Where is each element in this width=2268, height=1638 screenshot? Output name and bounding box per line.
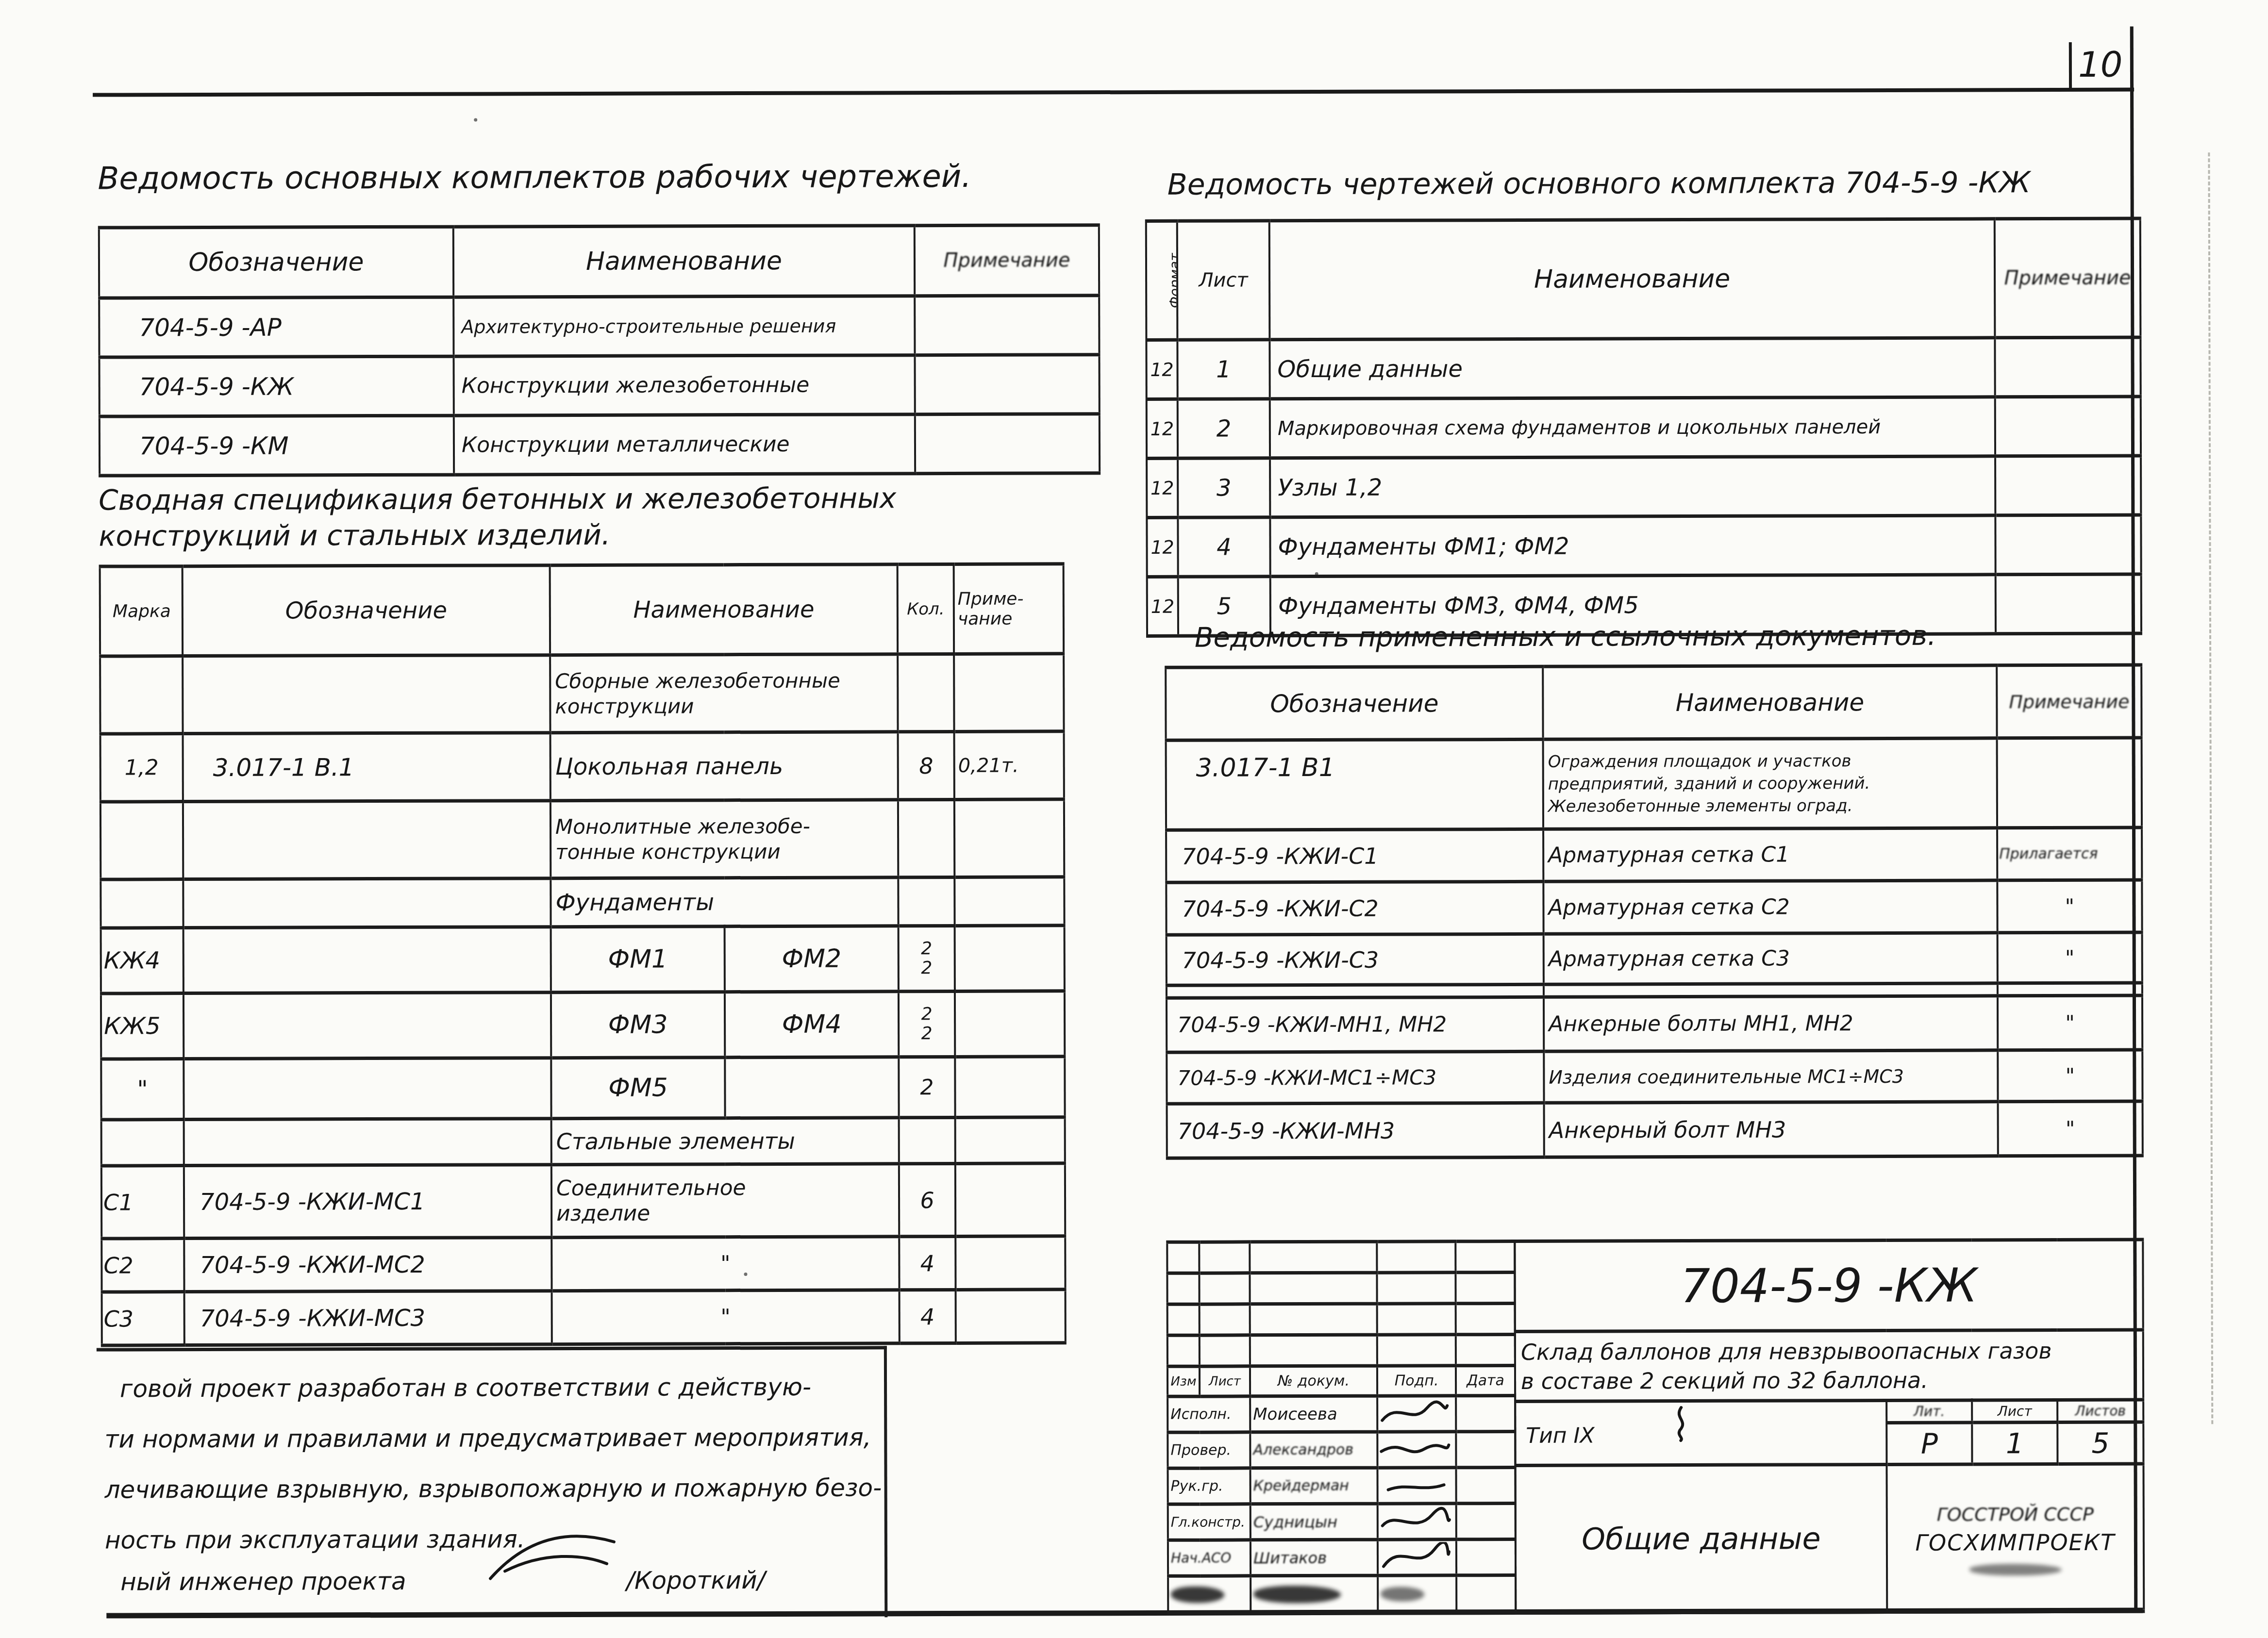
col-header-sheet: Лист: [1177, 221, 1270, 340]
stamp-signature-cell: [1378, 1468, 1456, 1504]
stamp-signature-cell: [1377, 1396, 1456, 1432]
table-row: Склад баллонов для невзрывоопасных газов…: [1515, 1330, 2143, 1401]
cell-name: Ограждения площадок и участков предприят…: [1543, 738, 1997, 829]
table-row: Изм Лист № докум. Подп. Дата: [1167, 1365, 1515, 1396]
table-row: Стальные элементы: [101, 1117, 1065, 1166]
cell-name: Узлы 1,2: [1270, 456, 1995, 517]
table-row: КЖ5 ФМ3 ФМ4 2 2: [101, 991, 1065, 1059]
cell-name: Конструкции железобетонные: [453, 355, 915, 415]
stamp-role: Гл.констр.: [1168, 1504, 1251, 1540]
col-header-format: Формат: [1146, 221, 1178, 340]
table-row: 12 3 Узлы 1,2: [1147, 456, 2141, 517]
cell-name: ": [551, 1237, 899, 1291]
cell-designation: 704-5-9 -АР: [99, 297, 453, 357]
table-row: С1 704-5-9 -КЖИ-МС1 Соединительное издел…: [101, 1163, 1065, 1239]
table-row: 704-5-9 -КЖ Конструкции железобетонные: [100, 355, 1100, 416]
note-box: говой проект разработан в соответствии с…: [97, 1346, 887, 1619]
cell-note: ": [1997, 880, 2142, 933]
stamp-project-desc: Склад баллонов для невзрывоопасных газов…: [1515, 1330, 2143, 1401]
table-row: Исполн. Моисеева: [1167, 1395, 1515, 1432]
cell-note: [1997, 738, 2142, 828]
col-header-note: Примечание: [1995, 218, 2141, 338]
col-header-name: Наименование: [1543, 665, 1997, 739]
cell-designation: 704-5-9 -КЖИ-МН1, МН2: [1167, 997, 1544, 1052]
cell-qty: 8: [898, 731, 954, 799]
cell-qty: 4: [900, 1290, 956, 1343]
col-header-mark: Марка: [100, 566, 183, 656]
stamp-main: 704-5-9 -КЖ Склад баллонов для невзрывоо…: [1514, 1238, 2145, 1615]
cell-name: Арматурная сетка С2: [1543, 880, 1997, 934]
signature-icon: [1379, 1506, 1451, 1535]
org-city-smudge: [1969, 1564, 2062, 1575]
table-row: Марка Обозначение Наименование Кол. Прим…: [100, 564, 1064, 656]
cell-note: [1995, 337, 2140, 397]
stamp-sheet-value: 1: [1972, 1423, 2057, 1464]
cell-designation: 704-5-9 -КЖИ-МС1: [184, 1165, 551, 1239]
cell-designation: 704-5-9 -КЖИ-МС3: [184, 1291, 552, 1345]
cell-name: Анкерные болты МН1, МН2: [1544, 996, 1998, 1051]
cell-group-title: Сборные железобетонные конструкции: [550, 654, 898, 733]
note-line: говой проект разработан в соответствии с…: [120, 1373, 811, 1403]
col-header-data: Дата: [1456, 1365, 1515, 1395]
cell-note: [915, 355, 1099, 414]
cell-sheet: 4: [1178, 517, 1270, 577]
cell-note: ": [1998, 995, 2142, 1050]
cell-sheet: 3: [1178, 458, 1270, 517]
title-sheet-list: Ведомость чертежей основного комплекта 7…: [1167, 165, 2030, 202]
col-header-list: Лист: [1200, 1366, 1250, 1396]
cell-name: Архитектурно-строительные решения: [453, 296, 915, 356]
table-row: Обозначение Наименование Примечание: [1166, 665, 2141, 740]
table-row: Монолитные железобе- тонные конструкции: [100, 799, 1064, 879]
title-ref-docs: Ведомость примененных и ссылочных докуме…: [1195, 620, 1936, 654]
stamp-lit-value: Р: [1886, 1423, 1972, 1464]
col-header-designation: Обозначение: [183, 565, 550, 656]
title-main-sets: Ведомость основных комплектов рабочих че…: [98, 159, 971, 197]
cell-designation: 704-5-9 -КЖИ-С1: [1166, 829, 1543, 882]
table-row: 704-5-9 -КЖИ-С1 Арматурная сетка С1 Прил…: [1166, 827, 2142, 882]
signature-icon: [1379, 1470, 1451, 1499]
org-line2: ГОСХИМПРОЕКТ: [1891, 1527, 2140, 1557]
table-row: Провер. Александров: [1167, 1431, 1515, 1468]
cell-name: Анкерный болт МН3: [1544, 1102, 1998, 1157]
note-line: лечивающие взрывную, взрывопожарную и по…: [105, 1473, 882, 1504]
stamp-signature-cell: [1378, 1575, 1456, 1612]
col-header-name: Наименование: [550, 564, 898, 655]
table-row: Формат Лист Наименование Примечание: [1146, 218, 2141, 340]
cell-group-title: Стальные элементы: [551, 1118, 899, 1165]
page-number: 10: [2078, 44, 2123, 85]
cell-designation: 704-5-9 -КЖИ-С2: [1166, 881, 1543, 935]
title-spec-line1: Сводная спецификация бетонных и железобе…: [99, 480, 896, 518]
cell-foundation-a: ФМ1: [551, 927, 725, 993]
cell-format: 12: [1147, 458, 1178, 517]
scan-content: 10 Ведомость основных комплектов рабочих…: [0, 0, 2268, 1638]
cell-note: [915, 414, 1100, 474]
cell-foundation-b: ФМ2: [725, 926, 899, 992]
cell-mark: С3: [102, 1292, 184, 1345]
cell-qty: 2 2: [899, 991, 955, 1057]
table-row: Тип IX Лит. Лист Листов: [1515, 1400, 2143, 1423]
cell-name: Арматурная сетка С3: [1544, 933, 1998, 984]
cell-note: [1996, 574, 2141, 634]
cell-sheet: 1: [1177, 340, 1269, 399]
scribble-icon: [1660, 1404, 1703, 1442]
stamp-signature-cell: [1377, 1432, 1456, 1468]
stamp-person: Моисеева: [1250, 1396, 1377, 1432]
stamp-role: Нач.АСО: [1168, 1540, 1251, 1576]
note-line: ти нормами и правилами и предусматривает…: [104, 1423, 871, 1453]
table-spec: Марка Обозначение Наименование Кол. Прим…: [99, 562, 1067, 1347]
cell-format: 12: [1146, 340, 1177, 399]
table-row: " ФМ5 2: [101, 1057, 1065, 1120]
stamp-sheet-title: Общие данные: [1515, 1464, 1887, 1613]
cell-group-title: Фундаменты: [550, 877, 898, 927]
cell-note: ": [1998, 1050, 2142, 1102]
org-line1: ГОССТРОЙ СССР: [1891, 1500, 2140, 1528]
col-header-sheets: Листов: [2057, 1400, 2143, 1422]
cell-name: Изделия соединительные МС1÷МС3: [1544, 1050, 1998, 1103]
table-row: 704-5-9 -КЖИ-С2 Арматурная сетка С2 ": [1166, 880, 2142, 935]
cell-format: 12: [1147, 517, 1178, 577]
signature-icon: [485, 1525, 631, 1588]
chief-engineer-label: ный инженер проекта: [120, 1567, 406, 1596]
cell-mark: КЖ4: [101, 928, 183, 993]
table-row: 12 4 Фундаменты ФМ1; ФМ2: [1147, 515, 2141, 577]
stamp-signature-cell: [1378, 1539, 1456, 1575]
stamp-type-cell: Тип IX: [1515, 1400, 1886, 1465]
table-row: [1168, 1575, 1516, 1613]
top-border-line: [93, 88, 2134, 97]
cell-designation: 704-5-9 -КМ: [100, 415, 454, 476]
stamp-signature-grid: Изм Лист № докум. Подп. Дата Исполн. Мои…: [1166, 1240, 1517, 1615]
col-header-designation: Обозначение: [1166, 666, 1543, 740]
stamp-person: Крейдерман: [1251, 1468, 1378, 1504]
col-header-dokum: № докум.: [1250, 1366, 1377, 1396]
cell-mark: С2: [101, 1239, 184, 1292]
note-line: ность при эксплуатации здания.: [105, 1525, 525, 1554]
cell-mark: ": [101, 1059, 183, 1120]
col-header-note: Приме- чание: [954, 564, 1064, 654]
signature-icon: [1379, 1542, 1451, 1571]
col-header-designation: Обозначение: [99, 227, 453, 298]
cell-note: ": [1998, 932, 2142, 983]
cell-format: 12: [1147, 399, 1178, 458]
stamp-person: Шитаков: [1251, 1539, 1378, 1576]
cell-foundation-b: [725, 1057, 899, 1118]
cell-name: Арматурная сетка С1: [1543, 828, 1997, 881]
cell-designation: 704-5-9 -КЖИ-МС2: [184, 1238, 551, 1292]
cell-mark: КЖ5: [101, 993, 183, 1059]
cell-group-title: Монолитные железобе- тонные конструкции: [550, 800, 898, 878]
stamp-sheets-value: 5: [2057, 1422, 2143, 1464]
title-block: Изм Лист № докум. Подп. Дата Исполн. Мои…: [1166, 1238, 2143, 1612]
cell-name: Цокольная панель: [550, 732, 898, 801]
cell-format: 12: [1147, 577, 1178, 636]
signature-icon: [1378, 1434, 1451, 1463]
cell-designation: 704-5-9 -КЖИ-МН3: [1167, 1103, 1544, 1158]
cell-note: 0,21т.: [954, 731, 1064, 800]
project-desc-line1: Склад баллонов для невзрывоопасных газов: [1521, 1336, 2137, 1366]
table-row: 1,2 3.017-1 В.1 Цокольная панель 8 0,21т…: [100, 731, 1064, 802]
table-row: 3.017-1 В1 Ограждения площадок и участко…: [1166, 738, 2142, 830]
cell-qty: 2 2: [899, 926, 955, 991]
table-row: С3 704-5-9 -КЖИ-МС3 " 4: [102, 1290, 1066, 1345]
cell-designation: 3.017-1 В1: [1166, 739, 1543, 830]
cell-foundation-a: ФМ3: [551, 992, 725, 1058]
stamp-person: Судницын: [1251, 1504, 1378, 1540]
cell-mark: С1: [101, 1166, 184, 1239]
stamp-role-smudged: [1168, 1576, 1251, 1613]
cell-designation: 3.017-1 В.1: [183, 733, 550, 802]
col-header-qty: Кол.: [898, 564, 954, 654]
stamp-person: Александров: [1250, 1432, 1377, 1468]
title-spec-line2: конструкций и стальных изделий.: [99, 517, 610, 554]
cell-qty: 2: [899, 1057, 955, 1117]
cell-foundation-b: ФМ4: [725, 992, 899, 1058]
table-row: Общие данные ГОССТРОЙ СССР ГОСХИМПРОЕКТ: [1515, 1464, 2144, 1613]
table-ref-docs: Обозначение Наименование Примечание 3.01…: [1165, 663, 2144, 1160]
cell-qty: 6: [899, 1163, 955, 1236]
col-header-note: Примечание: [1997, 665, 2141, 738]
cell-note: Прилагается: [1997, 827, 2142, 880]
table-row: 704-5-9 -КЖ: [1515, 1240, 2143, 1331]
table-row: 704-5-9 -КМ Конструкции металлические: [100, 414, 1100, 476]
cell-note: ": [1998, 1101, 2143, 1156]
col-header-note: Примечание: [915, 225, 1099, 296]
stamp-project-code: 704-5-9 -КЖ: [1515, 1240, 2143, 1331]
cell-qty: 4: [899, 1236, 955, 1290]
table-row: КЖ4 ФМ1 ФМ2 2 2: [101, 926, 1065, 993]
table-row: 704-5-9 -КЖИ-МН3 Анкерный болт МН3 ": [1167, 1101, 2143, 1158]
cell-foundation-a: ФМ5: [551, 1058, 725, 1119]
col-header-lit: Лит.: [1886, 1400, 1972, 1423]
cell-note: [1995, 456, 2141, 515]
table-row: Обозначение Наименование Примечание: [99, 225, 1099, 298]
cell-name: Фундаменты ФМ1; ФМ2: [1270, 515, 1995, 577]
col-header-sheet: Лист: [1972, 1400, 2057, 1423]
col-header-name: Наименование: [1269, 219, 1995, 340]
stamp-signature-cell: [1378, 1504, 1456, 1539]
stamp-organization: ГОССТРОЙ СССР ГОСХИМПРОЕКТ: [1886, 1464, 2144, 1612]
table-row: 12 1 Общие данные: [1146, 337, 2140, 399]
cell-note: [1995, 515, 2141, 575]
table-row: 704-5-9 -КЖИ-МС1÷МС3 Изделия соединитель…: [1167, 1050, 2142, 1104]
project-desc-line2: в составе 2 секций по 32 баллона.: [1521, 1365, 2137, 1395]
cell-designation: 704-5-9 -КЖ: [100, 356, 454, 416]
table-row: С2 704-5-9 -КЖИ-МС2 " 4: [101, 1236, 1065, 1292]
table-row: Гл.констр. Судницын: [1168, 1503, 1516, 1540]
col-header-podp: Подп.: [1377, 1366, 1456, 1396]
cell-name: Конструкции металлические: [454, 414, 915, 475]
table-sheet-list: Формат Лист Наименование Примечание 12 1…: [1145, 217, 2142, 638]
cell-name: ": [552, 1290, 900, 1344]
cell-note: [1995, 397, 2141, 456]
table-row: Нач.АСО Шитаков: [1168, 1539, 1516, 1576]
col-header-name: Наименование: [453, 226, 915, 297]
cell-note: [915, 296, 1099, 355]
scan-edge-line: [2208, 152, 2213, 1424]
cell-name: Соединительное изделие: [551, 1164, 899, 1238]
table-row: 12 2 Маркировочная схема фундаментов и ц…: [1147, 397, 2141, 458]
stamp-role: Рук.гр.: [1168, 1468, 1251, 1504]
chief-engineer-name: /Короткий/: [626, 1566, 766, 1595]
cell-designation: 704-5-9 -КЖИ-МС1÷МС3: [1167, 1051, 1544, 1104]
table-row: 704-5-9 -АР Архитектурно-строительные ре…: [99, 296, 1099, 357]
table-main-sets: Обозначение Наименование Примечание 704-…: [98, 223, 1101, 477]
signature-icon: [1378, 1398, 1451, 1427]
col-header-izm: Изм: [1167, 1366, 1200, 1396]
table-row: Рук.гр. Крейдерман: [1168, 1467, 1516, 1504]
cell-mark: 1,2: [100, 734, 183, 802]
stamp-role: Исполн.: [1167, 1396, 1250, 1432]
cell-name: Общие данные: [1269, 338, 1995, 399]
table-row: Фундаменты: [100, 877, 1064, 928]
table-row: 704-5-9 -КЖИ-МН1, МН2 Анкерные болты МН1…: [1167, 995, 2142, 1052]
stamp-role: Провер.: [1167, 1432, 1250, 1468]
drawing-sheet: 10 Ведомость основных комплектов рабочих…: [0, 0, 2268, 1638]
cell-sheet: 2: [1178, 399, 1270, 458]
table-row: Сборные железобетонные конструкции: [100, 654, 1064, 734]
cell-designation: 704-5-9 -КЖИ-С3: [1167, 934, 1544, 985]
cell-name: Маркировочная схема фундаментов и цоколь…: [1270, 397, 1995, 458]
stamp-person-smudged: [1251, 1575, 1378, 1613]
page-number-cell-line: [2069, 42, 2072, 91]
table-row: 704-5-9 -КЖИ-С3 Арматурная сетка С3 ": [1167, 932, 2142, 985]
